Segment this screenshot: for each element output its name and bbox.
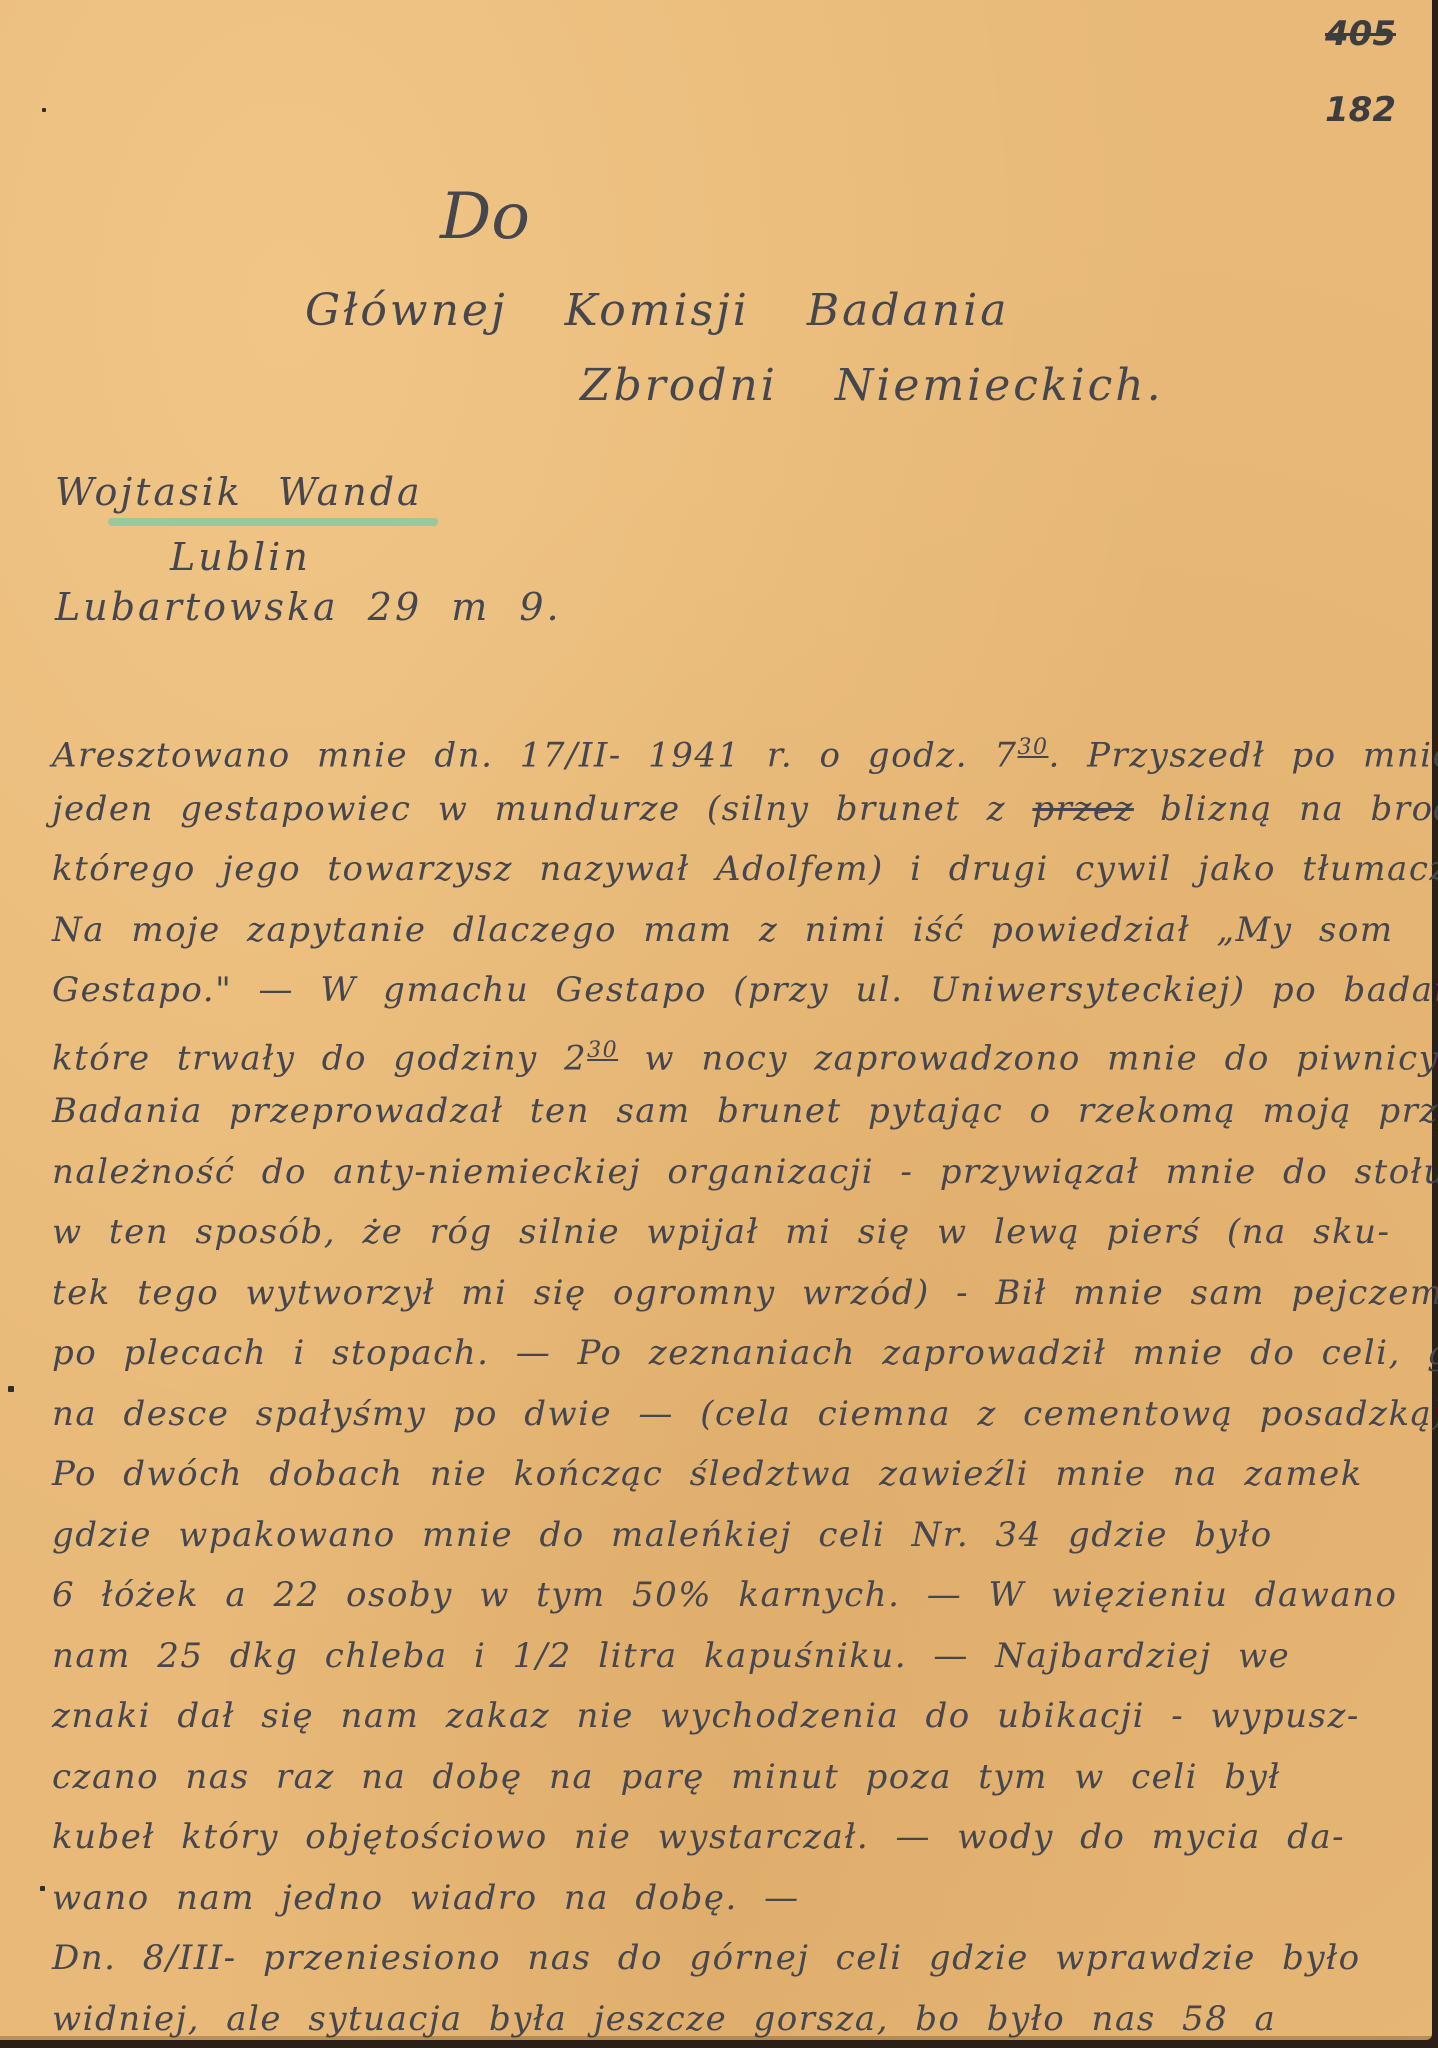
salutation: Do xyxy=(440,180,530,254)
margin-dot xyxy=(42,108,46,112)
body-line: w ten sposób, że róg silnie wpijał mi si… xyxy=(52,1202,1432,1263)
sender-name: Wojtasik Wanda xyxy=(55,470,423,514)
line-text: jeden gestapowiec w mundurze (silny brun… xyxy=(52,789,1032,829)
margin-dot xyxy=(40,1886,45,1891)
sender-name-highlight xyxy=(108,518,438,526)
body-line: które trwały do godziny 230 w nocy zapro… xyxy=(52,1021,1432,1082)
time-superscript: 30 xyxy=(1017,735,1048,760)
margin-dot xyxy=(8,1386,14,1392)
archive-number-old: 405 xyxy=(1325,14,1396,54)
sender-address: Lubartowska 29 m 9. xyxy=(55,585,562,629)
body-line: Na moje zapytanie dlaczego mam z nimi iś… xyxy=(52,900,1432,961)
line-text: blizną na brodzie xyxy=(1134,789,1438,829)
testimony-body: Aresztowano mnie dn. 17/II- 1941 r. o go… xyxy=(52,718,1432,2048)
line-text: . Przyszedł po mnie xyxy=(1048,735,1438,775)
body-line: którego jego towarzysz nazywał Adolfem) … xyxy=(52,839,1432,900)
line-text: w nocy zaprowadzono mnie do piwnicy xyxy=(618,1038,1438,1078)
recipient-line-2: Zbrodni Niemieckich. xyxy=(580,360,1164,411)
body-line: wano nam jedno wiadro na dobę. — xyxy=(52,1868,1432,1929)
body-line: po plecach i stopach. — Po zeznaniach za… xyxy=(52,1323,1432,1384)
body-line: czano nas raz na dobę na parę minut poza… xyxy=(52,1747,1432,1808)
body-line: na desce spałyśmy po dwie — (cela ciemna… xyxy=(52,1384,1432,1445)
line-text: Aresztowano mnie dn. 17/II- 1941 r. o go… xyxy=(52,735,1017,775)
recipient-line-1: Głównej Komisji Badania xyxy=(305,285,1009,336)
body-line: tek tego wytworzył mi się ogromny wrzód)… xyxy=(52,1263,1432,1324)
body-line: gdzie wpakowano mnie do maleńkiej celi N… xyxy=(52,1505,1432,1566)
body-line: Dn. 8/III- przeniesiono nas do górnej ce… xyxy=(52,1928,1432,1989)
sender-city: Lublin xyxy=(170,535,311,579)
body-line: nam 25 dkg chleba i 1/2 litra kapuśniku.… xyxy=(52,1626,1432,1687)
body-line: kubeł który objętościowo nie wystarczał.… xyxy=(52,1807,1432,1868)
archive-number-current: 182 xyxy=(1325,90,1396,130)
body-line: Gestapo." — W gmachu Gestapo (przy ul. U… xyxy=(52,960,1432,1021)
page-edge-shadow xyxy=(0,2036,1432,2040)
body-line: 6 łóżek a 22 osoby w tym 50% karnych. — … xyxy=(52,1565,1432,1626)
struck-word: przez xyxy=(1032,789,1133,829)
body-line: Badania przeprowadzał ten sam brunet pyt… xyxy=(52,1081,1432,1142)
body-line: należność do anty-niemieckiej organizacj… xyxy=(52,1142,1432,1203)
body-line: Po dwóch dobach nie kończąc śledztwa zaw… xyxy=(52,1444,1432,1505)
body-line: Aresztowano mnie dn. 17/II- 1941 r. o go… xyxy=(52,718,1432,779)
time-superscript: 30 xyxy=(587,1038,618,1063)
line-text: które trwały do godziny 2 xyxy=(52,1038,587,1078)
body-line: znaki dał się nam zakaz nie wychodzenia … xyxy=(52,1686,1432,1747)
body-line: jeden gestapowiec w mundurze (silny brun… xyxy=(52,779,1432,840)
document-page: 405 182 Do Głównej Komisji Badania Zbrod… xyxy=(0,0,1432,2040)
